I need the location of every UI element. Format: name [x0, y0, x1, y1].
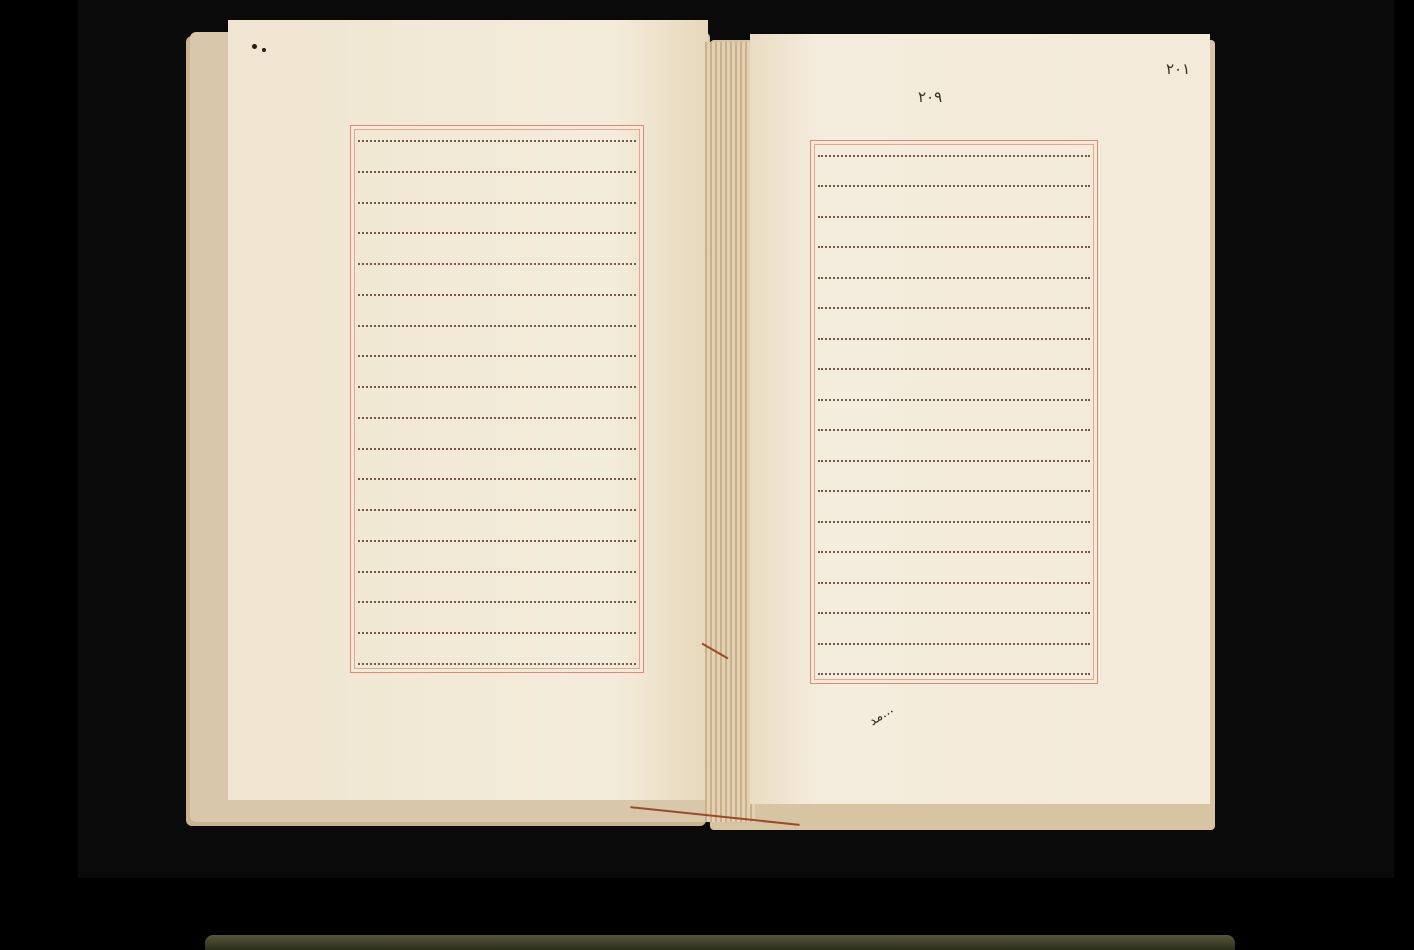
page-number-center: ۲۰۹ [918, 88, 942, 106]
ink-spot [252, 44, 257, 49]
page-number-corner: ۲۰۱ [1166, 60, 1190, 78]
right-text-block [818, 145, 1090, 675]
left-text-block [358, 130, 636, 665]
book-gutter [705, 42, 755, 822]
bottom-edge-glow [205, 935, 1235, 950]
ink-spot [262, 48, 266, 52]
